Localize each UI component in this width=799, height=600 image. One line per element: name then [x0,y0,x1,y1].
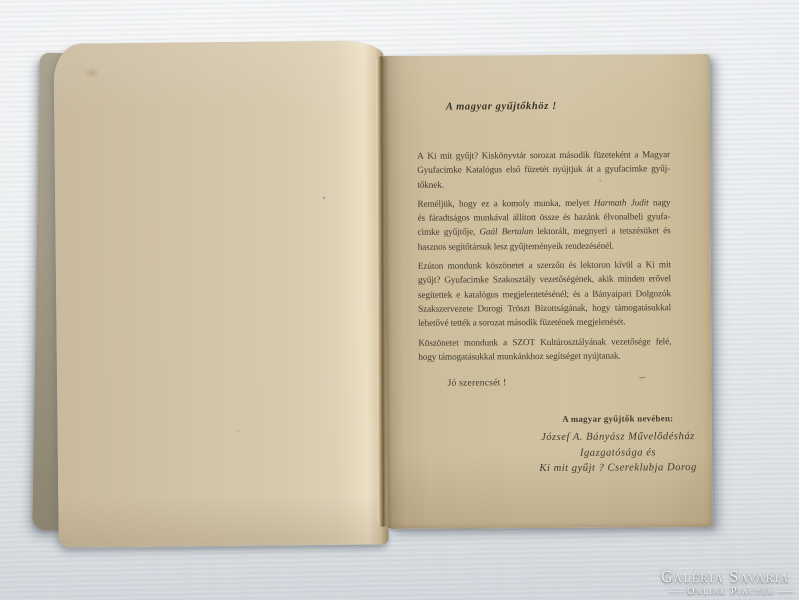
paper-speck [323,197,325,199]
text-line: hasznos segítőtársuk lesz gyűjteményeik … [418,238,671,254]
text-line: Reméljük,hogyezakomolymunka,melyetHarmat… [417,195,670,211]
text-line: Ezútonmondunkköszönetetaszerzőnéslektoro… [418,257,671,273]
text-line: tőknek. [417,176,670,192]
paper-speck [237,430,239,432]
paragraph: Ezútonmondunkköszönetetaszerzőnéslektoro… [418,257,671,330]
watermark-dash-right: — [777,586,793,598]
watermark-subtitle: — Online Piactér — [653,586,790,598]
text-line: SzakszervezeteDorogiTrösztBizottságának,… [418,300,671,316]
text-line: GyufacimkeKatalóguselsőfüzetétnyújtjukát… [417,162,670,178]
page-title: A magyar gyűjtőkhöz ! [446,98,670,114]
watermark-subtitle-text: Online Piactér [687,586,775,598]
paragraph: AKimitgyűjt?Kiskönyvtársorozatmásodikfüz… [417,147,670,191]
photo-background: A magyar gyűjtőkhöz ! AKimitgyűjt?Kiskön… [0,0,799,600]
text-line: AKimitgyűjt?Kiskönyvtársorozatmásodikfüz… [417,147,670,163]
signature-line: Igazgatósága és [513,444,723,461]
text-line: gyűjt?GyufacimkeSzakosztályvezetőségének… [418,272,671,288]
foreword-text: A magyar gyűjtőkhöz ! AKimitgyűjt?Kiskön… [417,98,672,389]
watermark-dash-left: — [669,586,685,598]
page-paragraphs: AKimitgyűjt?Kiskönyvtársorozatmásodikfüz… [417,147,671,364]
text-line: lehetővé tették a sorozat második füzeté… [418,315,671,331]
text-line: segítettekekatalógusmegjelentetésénél;és… [418,286,671,302]
paragraph: Reméljük,hogyezakomolymunka,melyetHarmat… [417,195,670,254]
text-line: hogy támogatásukkal munkánkhoz segítsége… [418,348,671,364]
signature-block: A magyar gyűjtők nevében: József A. Bány… [513,412,723,477]
signature-line: Ki mit gyűjt ? Csereklubja Dorog [513,460,723,477]
left-blank-page [53,40,388,547]
watermark-title: Galéria Savaria [661,568,790,586]
valediction-line: Jó szerencsét ! [448,376,672,388]
right-text-page: A magyar gyűjtőkhöz ! AKimitgyűjt?Kiskön… [383,54,713,529]
text-line: ésfáradtságosmunkávalállítottösszeéshazá… [418,209,671,225]
watermark: Galéria Savaria — Online Piactér — [653,568,790,598]
book-gutter-fold [376,56,388,527]
text-line: KöszönetetmondunkaSZOTKultúrosztályánakv… [418,334,671,350]
paper-speck [599,180,601,182]
paper-speck [663,436,665,438]
paper-stain [84,67,100,78]
paragraph: KöszönetetmondunkaSZOTKultúrosztályánakv… [418,334,671,364]
signature-label: A magyar gyűjtők nevében: [513,412,723,426]
text-line: cimkegyűjtője,GaálBertalanlektorált,megn… [418,224,671,240]
signature-lines: József A. Bányász MűvelődésházIgazgatósá… [513,429,723,477]
signature-line: József A. Bányász Művelődésház [513,429,723,446]
